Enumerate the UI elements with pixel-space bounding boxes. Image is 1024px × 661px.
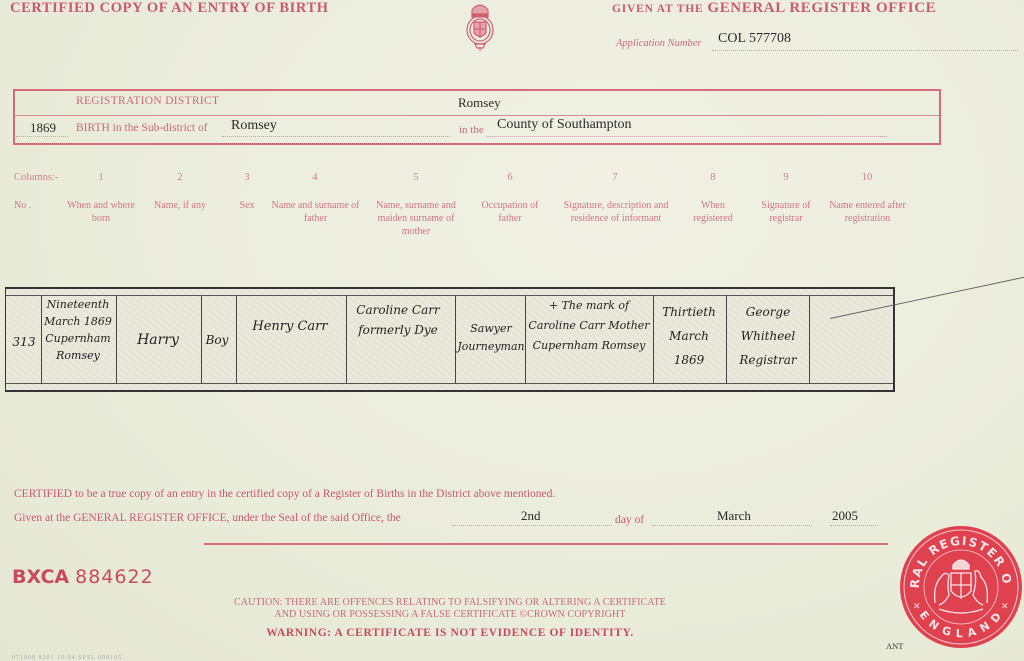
application-number-dotted-line [712,50,1018,51]
in-the-label: in the [459,124,484,136]
column-desc-1: When and where born [66,199,136,225]
svg-text:✕: ✕ [913,602,921,612]
print-code: 071008 8201 10/04 SPSL 009105 [12,655,122,661]
entry-when-registered: Thirtieth March 1869 [654,300,724,372]
column-desc-6: Occupation of father [478,199,542,225]
year-dotted-line [16,136,68,137]
columns-label: Columns:- [14,172,58,183]
serial-prefix: BXCA [12,566,69,588]
certification-statement: CERTIFIED to be a true copy of an entry … [14,488,555,500]
day-dotted-line [452,525,612,526]
column-desc-7: Signature, description and residence of … [553,199,679,225]
given-at-label: GIVEN AT THE [612,3,703,15]
entry-column-divider [809,296,810,383]
entry-column-divider [346,296,347,383]
column-desc-3: Sex [227,199,267,212]
entry-column-divider [116,296,117,383]
entry-mother: Caroline Carr formerly Dye [348,300,448,340]
entry-informant: + The mark of Caroline Carr Mother Cuper… [526,296,652,356]
day-of-label: day of [615,514,644,526]
issue-year: 2005 [832,508,858,524]
column-number-3: 3 [232,172,262,183]
given-at-statement: Given at the GENERAL REGISTER OFFICE, un… [14,512,401,524]
royal-crest-icon [455,0,505,52]
issue-day: 2nd [521,508,541,524]
signature-rule [204,543,888,545]
column-desc-8: When registered [688,199,738,225]
certificate-title: CERTIFIED COPY OF AN ENTRY OF BIRTH [10,0,329,17]
entry-column-divider [236,296,237,383]
column-number-4: 4 [300,172,330,183]
entry-when-where-born: Nineteenth March 1869 Cupernham Romsey [42,296,114,364]
column-number-7: 7 [600,172,630,183]
svg-text:✕: ✕ [1001,602,1009,612]
entry-occupation: Sawyer Journeyman [456,320,526,356]
caution-line-2: AND USING OR POSSESSING A FALSE CERTIFIC… [190,609,710,621]
issue-month: March [717,508,751,524]
column-number-9: 9 [771,172,801,183]
entry-registrar-signature: George Whitheel Registrar [728,300,808,372]
general-register-office-seal-icon: GENERAL REGISTER OFFICE ENGLAND ✕ ✕ [899,525,1023,649]
application-number-value: COL 577708 [718,31,791,47]
registration-district-value: Romsey [458,95,501,111]
office-name: GENERAL REGISTER OFFICE [707,0,936,16]
column-number-8: 8 [698,172,728,183]
serial-digits: 884622 [75,566,154,588]
column-desc-10: Name entered after registration [825,199,910,225]
column-number-10: 10 [852,172,882,183]
month-dotted-line [652,525,812,526]
column-number-1: 1 [86,172,116,183]
county-dotted-line [487,136,887,137]
district-box-divider [15,115,939,116]
entry-father: Henry Carr [240,318,340,336]
sub-district-dotted-line [222,136,450,137]
caution-line-1: CAUTION: THERE ARE OFFENCES RELATING TO … [190,597,710,609]
column-desc-9: Signature of registrar [752,199,820,225]
birth-year: 1869 [30,120,56,136]
application-number-label: Application Number [616,38,701,49]
column-number-6: 6 [495,172,525,183]
entry-column-divider [726,296,727,383]
caution-notice: CAUTION: THERE ARE OFFENCES RELATING TO … [190,597,710,621]
column-number-5: 5 [401,172,431,183]
certificate-serial-number: BXCA 884622 [12,566,154,588]
column-no-label: No . [14,199,31,212]
column-desc-2: Name, if any [140,199,220,212]
county-value: County of Southampton [497,117,632,133]
issuing-office-title: GIVEN AT THE GENERAL REGISTER OFFICE [612,0,936,17]
entry-name: Harry [118,331,198,349]
sub-district-label: BIRTH in the Sub-district of [76,122,208,134]
identity-warning: WARNING: A CERTIFICATE IS NOT EVIDENCE O… [190,627,710,639]
entry-sex: Boy [200,331,234,349]
sub-district-value: Romsey [231,118,277,134]
column-desc-5: Name, surname and maiden surname of moth… [368,199,464,238]
registration-district-label: REGISTRATION DISTRICT [76,95,219,107]
entry-number: 313 [8,333,40,351]
column-desc-4: Name and surname of father [268,199,363,225]
year-dotted-line [830,525,878,526]
column-number-2: 2 [165,172,195,183]
